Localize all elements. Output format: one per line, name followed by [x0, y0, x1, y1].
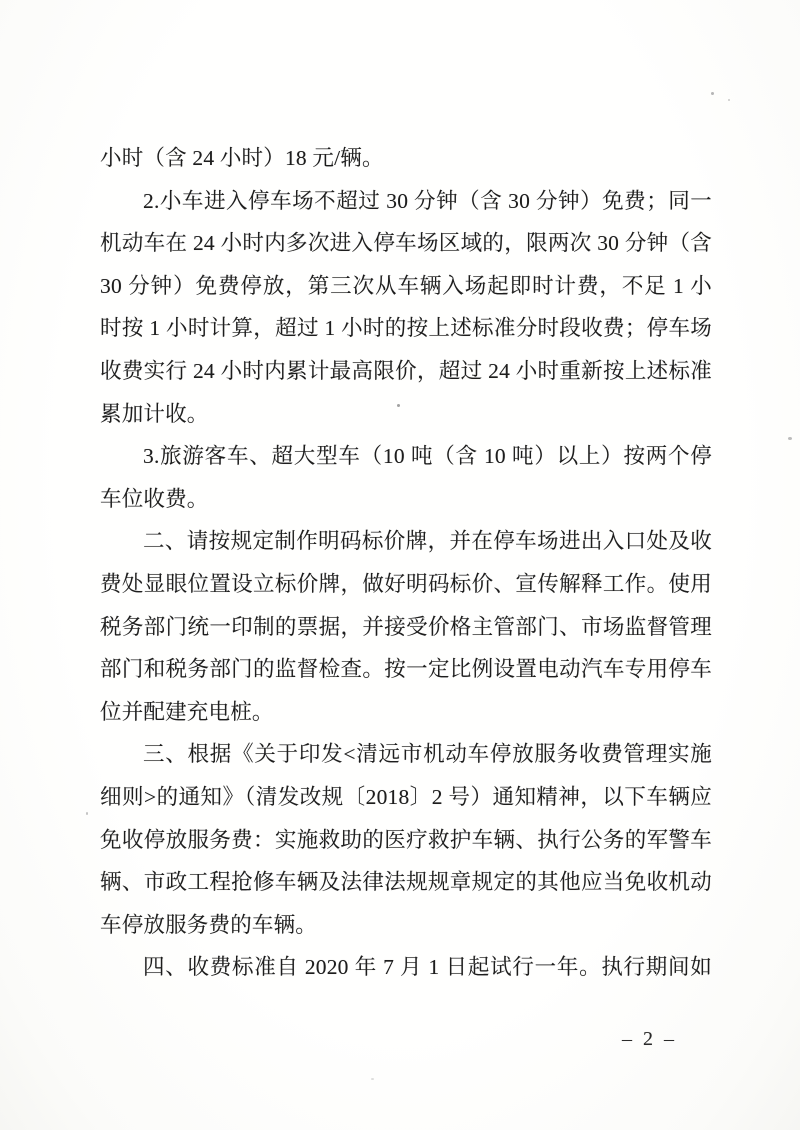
text-line: 二、请按规定制作明码标价牌，并在停车场进出入口处及收	[100, 520, 712, 563]
text-line: 免收停放服务费：实施救助的医疗救护车辆、执行公务的军警车	[100, 819, 712, 862]
text-line: 三、根据《关于印发<清远市机动车停放服务收费管理实施	[100, 733, 712, 776]
text-line: 收费实行 24 小时内累计最高限价，超过 24 小时重新按上述标准	[100, 350, 712, 393]
text-line: 车停放服务费的车辆。	[100, 904, 712, 947]
scan-speck	[711, 92, 714, 95]
text-line: 累加计收。	[100, 393, 712, 436]
text-line: 2.小车进入停车场不超过 30 分钟（含 30 分钟）免费；同一	[100, 180, 712, 223]
text-line: 部门和税务部门的监督检查。按一定比例设置电动汽车专用停车	[100, 648, 712, 691]
text-line: 机动车在 24 小时内多次进入停车场区域的，限两次 30 分钟（含	[100, 222, 712, 265]
text-line: 四、收费标准自 2020 年 7 月 1 日起试行一年。执行期间如	[100, 946, 712, 989]
scan-speck	[371, 1078, 374, 1080]
text-line: 车位收费。	[100, 478, 712, 521]
scanned-document-page: 小时（含 24 小时）18 元/辆。 2.小车进入停车场不超过 30 分钟（含 …	[0, 0, 800, 1130]
text-line: 小时（含 24 小时）18 元/辆。	[100, 137, 712, 180]
scan-speck	[788, 437, 792, 440]
text-line: 3.旅游客车、超大型车（10 吨（含 10 吨）以上）按两个停	[100, 435, 712, 478]
text-line: 30 分钟）免费停放，第三次从车辆入场起即时计费，不足 1 小	[100, 265, 712, 308]
text-line: 辆、市政工程抢修车辆及法律法规规章规定的其他应当免收机动	[100, 861, 712, 904]
page-number: – 2 –	[622, 1028, 677, 1051]
text-line: 费处显眼位置设立标价牌，做好明码标价、宣传解释工作。使用	[100, 563, 712, 606]
text-line: 细则>的通知》（清发改规〔2018〕2 号）通知精神，以下车辆应	[100, 776, 712, 819]
scan-speck	[86, 812, 88, 815]
text-line: 时按 1 小时计算，超过 1 小时的按上述标准分时段收费；停车场	[100, 307, 712, 350]
text-line: 位并配建充电桩。	[100, 691, 712, 734]
scan-speck	[397, 404, 400, 407]
scan-speck	[728, 99, 730, 101]
document-body: 小时（含 24 小时）18 元/辆。 2.小车进入停车场不超过 30 分钟（含 …	[100, 137, 712, 989]
text-line: 税务部门统一印制的票据，并接受价格主管部门、市场监督管理	[100, 606, 712, 649]
